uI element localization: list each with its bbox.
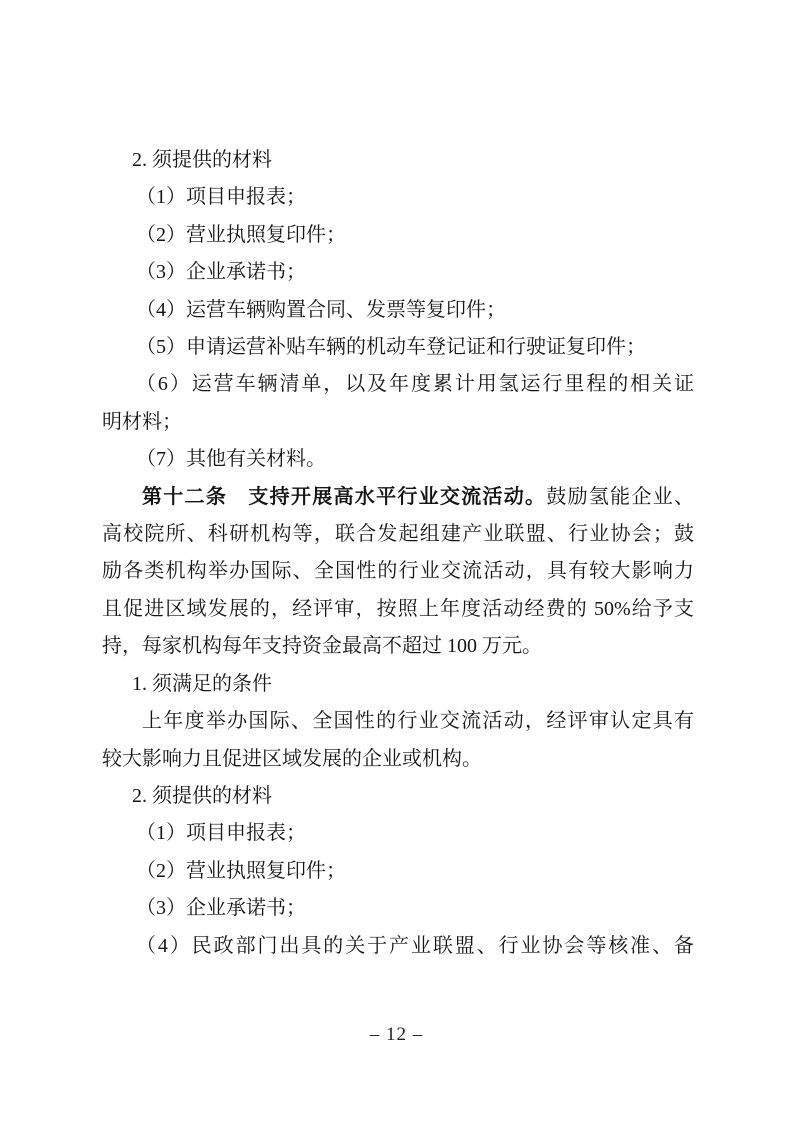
text-line: 上年度举办国际、全国性的行业交流活动，经评审认定具有	[102, 703, 694, 740]
text-line: 持，每家机构每年支持资金最高不超过 100 万元。	[102, 628, 694, 665]
text-line: （4）运营车辆购置合同、发票等复印件；	[102, 292, 694, 329]
text-line: （3）企业承诺书；	[102, 254, 694, 291]
text-line: 1. 须满足的条件	[102, 666, 694, 703]
text-run: （2）营业执照复印件；	[136, 224, 346, 246]
text-run: 1. 须满足的条件	[132, 673, 272, 695]
text-line: （2）营业执照复印件；	[102, 217, 694, 254]
text-line: （2）营业执照复印件；	[102, 853, 694, 890]
text-line: （5）申请运营补贴车辆的机动车登记证和行驶证复印件；	[102, 329, 694, 366]
text-run: 明材料；	[102, 411, 182, 433]
text-run: 2. 须提供的材料	[132, 785, 272, 807]
text-line: 较大影响力且促进区域发展的企业或机构。	[102, 741, 694, 778]
document-body: 2. 须提供的材料（1）项目申报表；（2）营业执照复印件；（3）企业承诺书；（4…	[102, 142, 694, 965]
text-run: （4）运营车辆购置合同、发票等复印件；	[136, 299, 506, 321]
text-line: 且促进区域发展的，经评审，按照上年度活动经费的 50%给予支	[102, 591, 694, 628]
text-line: 励各类机构举办国际、全国性的行业交流活动，具有较大影响力	[102, 553, 694, 590]
text-line: 2. 须提供的材料	[102, 142, 694, 179]
document-page: 2. 须提供的材料（1）项目申报表；（2）营业执照复印件；（3）企业承诺书；（4…	[0, 0, 793, 1122]
text-run: 2. 须提供的材料	[132, 149, 272, 171]
text-run: 高校院所、科研机构等，联合发起组建产业联盟、行业协会；鼓	[102, 523, 694, 545]
text-line: 第十二条 支持开展高水平行业交流活动。鼓励氢能企业、	[102, 479, 694, 516]
text-run: 较大影响力且促进区域发展的企业或机构。	[102, 748, 482, 770]
text-line: （1）项目申报表；	[102, 179, 694, 216]
text-line: （7）其他有关材料。	[102, 441, 694, 478]
text-line: 高校院所、科研机构等，联合发起组建产业联盟、行业协会；鼓	[102, 516, 694, 553]
text-run: 鼓励氢能企业、	[546, 486, 694, 508]
text-run: 上年度举办国际、全国性的行业交流活动，经评审认定具有	[142, 710, 694, 732]
text-line: 明材料；	[102, 404, 694, 441]
text-run: （1）项目申报表；	[136, 186, 306, 208]
text-line: （1）项目申报表；	[102, 815, 694, 852]
page-number: – 12 –	[0, 1021, 793, 1049]
text-run: 励各类机构举办国际、全国性的行业交流活动，具有较大影响力	[102, 560, 694, 582]
text-run: （3）企业承诺书；	[136, 897, 306, 919]
text-run: 且促进区域发展的，经评审，按照上年度活动经费的 50%给予支	[102, 598, 694, 620]
text-run: （7）其他有关材料。	[136, 448, 326, 470]
text-line: （3）企业承诺书；	[102, 890, 694, 927]
article-heading-run: 第十二条 支持开展高水平行业交流活动。	[142, 486, 546, 508]
text-line: （4）民政部门出具的关于产业联盟、行业协会等核准、备	[102, 928, 694, 965]
text-run: （3）企业承诺书；	[136, 261, 306, 283]
text-run: （5）申请运营补贴车辆的机动车登记证和行驶证复印件；	[136, 336, 646, 358]
text-line: （6）运营车辆清单，以及年度累计用氢运行里程的相关证	[102, 366, 694, 403]
text-run: （6）运营车辆清单，以及年度累计用氢运行里程的相关证	[136, 373, 694, 395]
text-run: 持，每家机构每年支持资金最高不超过 100 万元。	[102, 635, 542, 657]
text-run: （4）民政部门出具的关于产业联盟、行业协会等核准、备	[136, 935, 694, 957]
text-run: （1）项目申报表；	[136, 822, 306, 844]
text-run: （2）营业执照复印件；	[136, 860, 346, 882]
text-line: 2. 须提供的材料	[102, 778, 694, 815]
